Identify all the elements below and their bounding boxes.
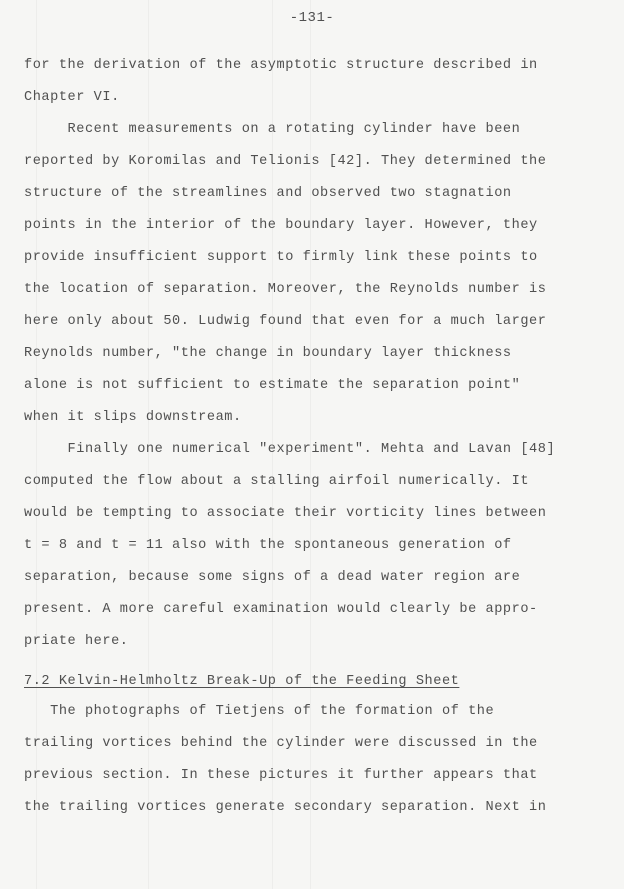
paragraph-line: t = 8 and t = 11 also with the spontaneo… (24, 536, 512, 556)
paragraph-line: the location of separation. Moreover, th… (24, 280, 546, 300)
paragraph-line: priate here. (24, 632, 129, 652)
paragraph-line: Chapter VI. (24, 88, 120, 108)
paragraph-line: The photographs of Tietjens of the forma… (24, 702, 494, 722)
paragraph-line: computed the flow about a stalling airfo… (24, 472, 529, 492)
section-heading: 7.2 Kelvin-Helmholtz Break-Up of the Fee… (24, 672, 459, 692)
paragraph-line: Finally one numerical "experiment". Meht… (24, 440, 555, 460)
page-number: -131- (0, 10, 624, 26)
paragraph-line: previous section. In these pictures it f… (24, 766, 538, 786)
paragraph-line: reported by Koromilas and Telionis [42].… (24, 152, 546, 172)
paragraph-line: present. A more careful examination woul… (24, 600, 538, 620)
paragraph-line: Reynolds number, "the change in boundary… (24, 344, 512, 364)
paragraph-line: structure of the streamlines and observe… (24, 184, 512, 204)
paragraph-line: alone is not sufficient to estimate the … (24, 376, 520, 396)
paragraph-line: for the derivation of the asymptotic str… (24, 56, 538, 76)
paragraph-line: here only about 50. Ludwig found that ev… (24, 312, 546, 332)
paragraph-line: provide insufficient support to firmly l… (24, 248, 538, 268)
paragraph-line: Recent measurements on a rotating cylind… (24, 120, 520, 140)
paragraph-line: points in the interior of the boundary l… (24, 216, 538, 236)
paragraph-line: trailing vortices behind the cylinder we… (24, 734, 538, 754)
paragraph-line: the trailing vortices generate secondary… (24, 798, 546, 818)
paragraph-line: separation, because some signs of a dead… (24, 568, 520, 588)
paragraph-line: when it slips downstream. (24, 408, 242, 428)
paragraph-line: would be tempting to associate their vor… (24, 504, 546, 524)
